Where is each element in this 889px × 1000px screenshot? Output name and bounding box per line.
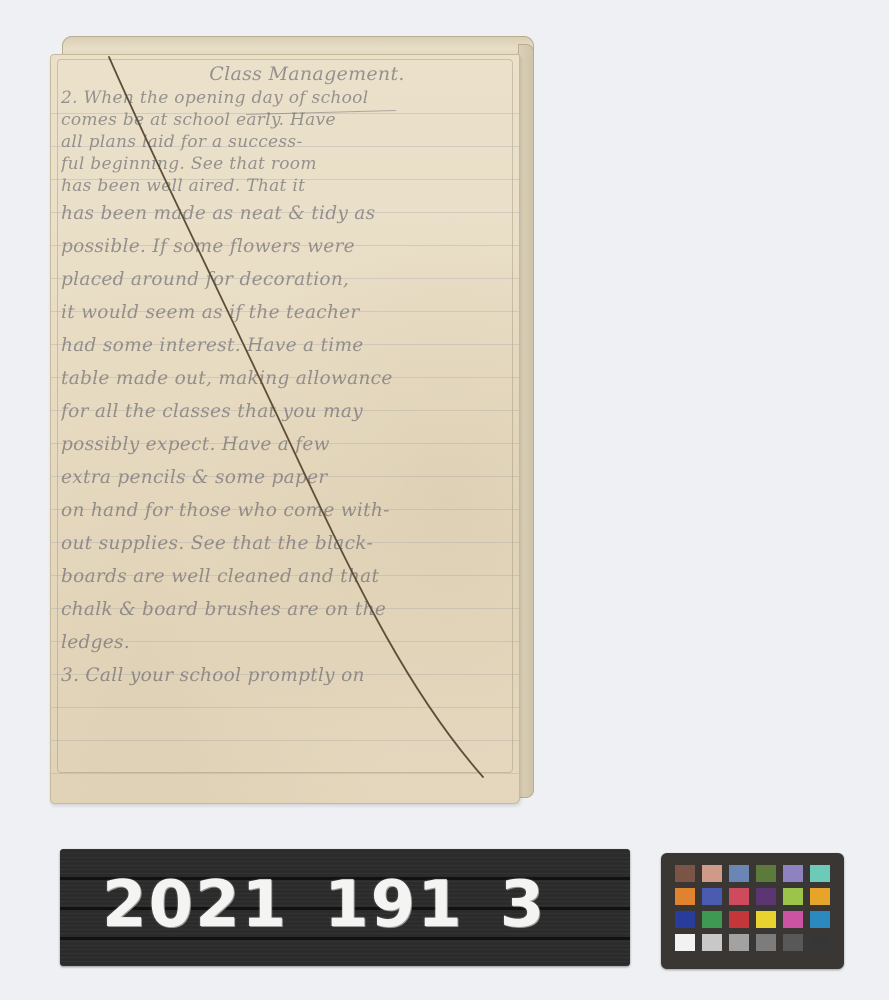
accession-lot: 191 [324,871,464,939]
text-line: chalk & board brushes are on the [61,593,513,626]
color-checker-card [661,853,844,969]
color-swatch [783,888,803,905]
color-swatch [810,865,830,882]
accession-number-board: 2021 191 3 [60,849,630,966]
accession-number: 2021 191 3 [60,871,630,939]
text-line: ful beginning. See that room [61,153,513,175]
text-line: out supplies. See that the black- [61,527,513,560]
color-swatch [756,888,776,905]
text-line: possible. If some flowers were [61,230,513,263]
color-swatch [783,911,803,928]
color-swatch-grid [675,865,830,951]
color-swatch [729,888,749,905]
text-line: has been made as neat & tidy as [61,197,513,230]
text-line: had some interest. Have a time [61,329,513,362]
color-swatch [810,934,830,951]
page-stack-right-edge [518,44,534,798]
notebook-page: Class Management. 2. When the opening da… [50,54,520,804]
text-line: it would seem as if the teacher [61,296,513,329]
text-line: for all the classes that you may [61,395,513,428]
text-line: boards are well cleaned and that [61,560,513,593]
text-line: all plans laid for a success- [61,131,513,153]
color-swatch [783,865,803,882]
text-line: table made out, making allowance [61,362,513,395]
color-swatch [675,934,695,951]
accession-year: 2021 [102,871,288,939]
text-line: on hand for those who come with- [61,494,513,527]
color-swatch [675,865,695,882]
notebook: Class Management. 2. When the opening da… [48,36,532,802]
text-line: 2. When the opening day of school [61,87,513,109]
color-swatch [702,888,722,905]
text-line: placed around for decoration, [61,263,513,296]
color-swatch [702,911,722,928]
color-swatch [729,911,749,928]
color-swatch [729,865,749,882]
color-swatch [702,865,722,882]
color-swatch [810,888,830,905]
color-swatch [783,934,803,951]
color-swatch [675,888,695,905]
text-line: extra pencils & some paper [61,461,513,494]
color-swatch [675,911,695,928]
color-swatch [702,934,722,951]
page-title: Class Management. [61,61,513,87]
handwritten-text: Class Management. 2. When the opening da… [61,61,513,692]
color-swatch [756,911,776,928]
color-swatch [729,934,749,951]
color-swatch [756,934,776,951]
accession-item: 3 [500,871,547,939]
text-line: comes be at school early. Have [61,109,513,131]
text-line: ledges. [61,626,513,659]
color-swatch [756,865,776,882]
text-line: possibly expect. Have a few [61,428,513,461]
color-swatch [810,911,830,928]
text-line: 3. Call your school promptly on [61,659,513,692]
text-line: has been well aired. That it [61,175,513,197]
